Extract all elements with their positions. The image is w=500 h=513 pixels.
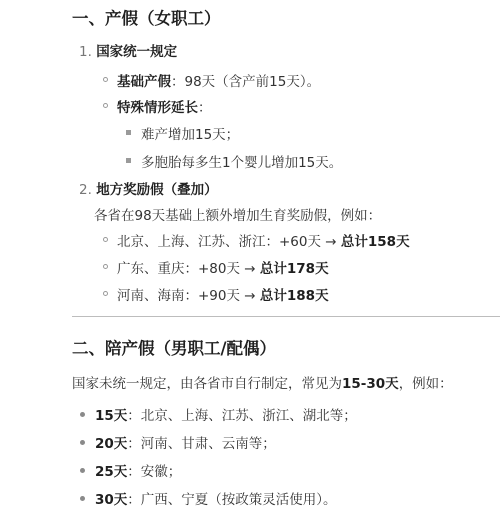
example-row-henan: 河南、海南：+90天 → 总计188天: [117, 284, 329, 304]
example-regions: 北京、上海、江苏、浙江：+60天 →: [117, 234, 341, 250]
local-reward-description: 各省在98天基础上额外增加生育奖励假，例如：: [94, 204, 381, 224]
list-item-basic-leave: 基础产假：98天（含产前15天）。: [117, 70, 320, 90]
section-divider: [72, 316, 500, 317]
paternity-regions: ：北京、上海、江苏、浙江、湖北等；: [127, 408, 357, 424]
paternity-item-25: 25天：安徽；: [95, 460, 181, 480]
example-total: 总计178天: [260, 261, 329, 277]
section-heading-maternity-leave: 一、产假（女职工）: [72, 5, 221, 29]
list-item-multiple-births: 多胞胎每多生1个婴儿增加15天。: [141, 151, 342, 171]
paternity-item-30: 30天：广西、宁夏（按政策灵活使用）。: [95, 488, 337, 508]
hollow-circle-bullet-icon: [103, 77, 108, 82]
square-bullet-icon: [126, 130, 131, 135]
list-number: 1.: [79, 44, 92, 60]
section-heading-paternity-leave: 二、陪产假（男职工/配偶）: [72, 335, 276, 359]
basic-leave-label: 基础产假: [117, 74, 171, 90]
disc-bullet-icon: [80, 496, 85, 501]
example-row-beijing: 北京、上海、江苏、浙江：+60天 → 总计158天: [117, 230, 410, 250]
list-item-special-extension: 特殊情形延长：: [117, 96, 212, 116]
list-item-label: 国家统一规定: [96, 44, 177, 60]
special-extension-colon: ：: [198, 100, 212, 116]
paternity-item-15: 15天：北京、上海、江苏、浙江、湖北等；: [95, 404, 357, 424]
paternity-days: 15天: [95, 408, 127, 424]
example-regions: 河南、海南：+90天 →: [117, 288, 260, 304]
example-regions: 广东、重庆：+80天 →: [117, 261, 260, 277]
example-row-guangdong: 广东、重庆：+80天 → 总计178天: [117, 257, 329, 277]
paternity-item-20: 20天：河南、甘肃、云南等；: [95, 432, 276, 452]
paternity-days: 25天: [95, 464, 127, 480]
hollow-circle-bullet-icon: [103, 291, 108, 296]
list-item-national-rule: 1. 国家统一规定: [79, 40, 177, 60]
disc-bullet-icon: [80, 440, 85, 445]
intro-text: 国家未统一规定，由各省市自行制定，常见为: [72, 376, 342, 392]
hollow-circle-bullet-icon: [103, 237, 108, 242]
list-number: 2.: [79, 182, 92, 198]
square-bullet-icon: [126, 158, 131, 163]
list-item-dystocia: 难产增加15天；: [141, 123, 239, 143]
paternity-days: 20天: [95, 436, 127, 452]
paternity-regions: ：安徽；: [127, 464, 181, 480]
disc-bullet-icon: [80, 468, 85, 473]
example-total: 总计158天: [341, 234, 410, 250]
basic-leave-value: ：98天（含产前15天）。: [171, 74, 320, 90]
paternity-intro: 国家未统一规定，由各省市自行制定，常见为15-30天，例如：: [72, 372, 453, 392]
list-item-label: 地方奖励假（叠加）: [96, 182, 218, 198]
special-extension-label: 特殊情形延长: [117, 100, 198, 116]
intro-suffix: ，例如：: [399, 376, 453, 392]
paternity-days: 30天: [95, 492, 127, 508]
example-total: 总计188天: [260, 288, 329, 304]
hollow-circle-bullet-icon: [103, 264, 108, 269]
intro-range: 15-30天: [342, 376, 399, 392]
paternity-regions: ：河南、甘肃、云南等；: [127, 436, 276, 452]
paternity-regions: ：广西、宁夏（按政策灵活使用）。: [127, 492, 336, 508]
hollow-circle-bullet-icon: [103, 103, 108, 108]
list-item-local-reward: 2. 地方奖励假（叠加）: [79, 178, 218, 198]
disc-bullet-icon: [80, 412, 85, 417]
